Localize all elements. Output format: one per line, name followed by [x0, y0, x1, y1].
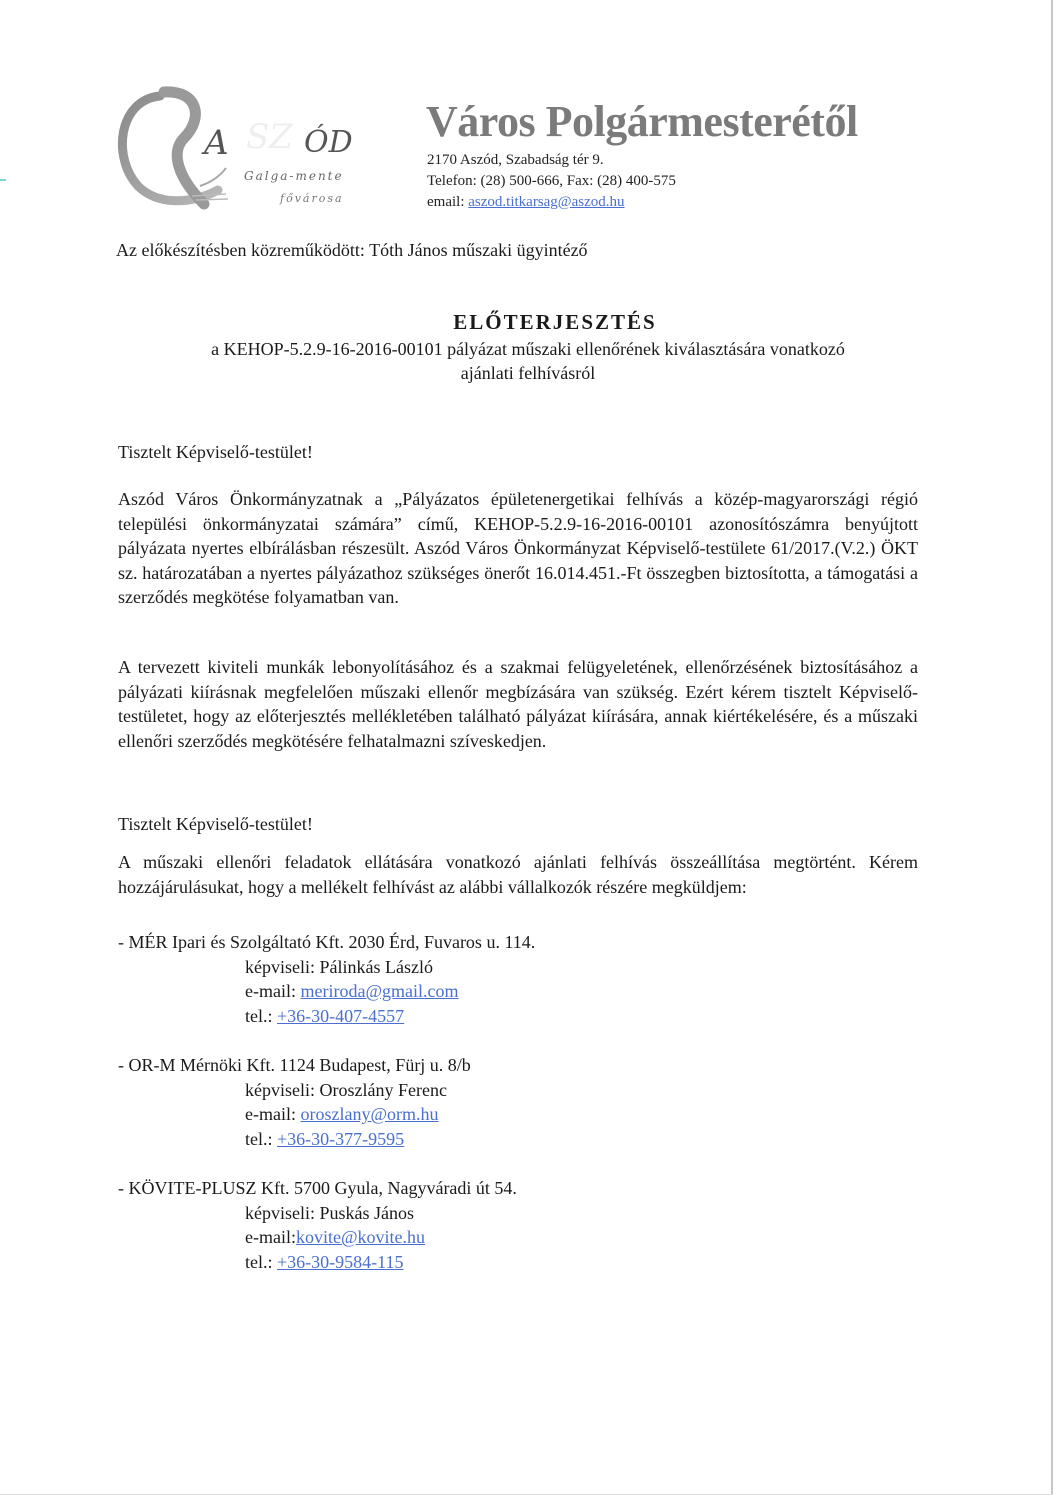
paragraph-3: A műszaki ellenőri feladatok ellátására … — [118, 850, 918, 899]
vendor-email-line: e-mail:kovite@kovite.hu — [118, 1225, 517, 1250]
vendor-phone-label: tel.: — [245, 1006, 277, 1026]
vendor-representative: képviseli: Puskás János — [118, 1201, 517, 1226]
prepared-by: Az előkészítésben közreműködött: Tóth Já… — [116, 240, 588, 261]
letterhead-email-line: email: aszod.titkarsag@aszod.hu — [427, 194, 625, 211]
letterhead-email-label: email: — [427, 194, 468, 210]
subtitle-line-1: a KEHOP-5.2.9-16-2016-00101 pályázat műs… — [118, 337, 938, 361]
vendor-phone-label: tel.: — [245, 1129, 277, 1149]
vendor-entry: - OR-M Mérnöki Kft. 1124 Budapest, Fürj … — [118, 1053, 471, 1151]
vendor-email-label: e-mail: — [245, 981, 300, 1001]
vendor-company: - KÖVITE-PLUSZ Kft. 5700 Gyula, Nagyvára… — [118, 1176, 517, 1201]
paragraph-2: A tervezett kiviteli munkák lebonyolítás… — [118, 655, 918, 753]
vendor-phone-link[interactable]: +36-30-377-9595 — [277, 1129, 404, 1149]
letterhead-address: 2170 Aszód, Szabadság tér 9. — [427, 152, 604, 169]
document-title: ELŐTERJESZTÉS — [0, 310, 1058, 335]
vendor-representative: képviseli: Oroszlány Ferenc — [118, 1078, 471, 1103]
vendor-email-label: e-mail: — [245, 1227, 296, 1247]
svg-text:fővárosa: fővárosa — [279, 192, 344, 205]
vendor-phone-line: tel.: +36-30-407-4557 — [118, 1004, 535, 1029]
vendor-email-link[interactable]: meriroda@gmail.com — [300, 981, 458, 1001]
document-subtitle: a KEHOP-5.2.9-16-2016-00101 pályázat műs… — [118, 337, 938, 385]
svg-text:A: A — [201, 123, 229, 163]
vendor-email-link[interactable]: oroszlany@orm.hu — [300, 1104, 438, 1124]
vendor-phone-link[interactable]: +36-30-407-4557 — [277, 1006, 404, 1026]
vendor-phone-label: tel.: — [245, 1252, 277, 1272]
vendor-company: - MÉR Ipari és Szolgáltató Kft. 2030 Érd… — [118, 930, 535, 955]
svg-text:SZ: SZ — [246, 117, 294, 157]
paragraph-1: Aszód Város Önkormányzatnak a „Pályázato… — [118, 487, 918, 610]
letterhead-title: Város Polgármesterétől — [426, 96, 858, 147]
scan-margin-mark — [0, 179, 6, 181]
svg-text:Galga-mente: Galga-mente — [244, 169, 344, 183]
letterhead-phone-fax: Telefon: (28) 500-666, Fax: (28) 400-575 — [427, 173, 676, 190]
vendor-entry: - KÖVITE-PLUSZ Kft. 5700 Gyula, Nagyvára… — [118, 1176, 517, 1274]
vendor-company: - OR-M Mérnöki Kft. 1124 Budapest, Fürj … — [118, 1053, 471, 1078]
greeting-1: Tisztelt Képviselő-testület! — [118, 440, 918, 465]
vendor-representative: képviseli: Pálinkás László — [118, 955, 535, 980]
vendor-phone-line: tel.: +36-30-9584-115 — [118, 1250, 517, 1275]
svg-text:ÓD: ÓD — [304, 124, 353, 160]
vendor-email-line: e-mail: meriroda@gmail.com — [118, 979, 535, 1004]
vendor-phone-link[interactable]: +36-30-9584-115 — [277, 1252, 403, 1272]
page-edge-bottom — [0, 1494, 1053, 1495]
page-edge-right — [1051, 0, 1053, 1494]
vendor-email-label: e-mail: — [245, 1104, 300, 1124]
vendor-email-link[interactable]: kovite@kovite.hu — [296, 1227, 425, 1247]
vendor-email-line: e-mail: oroszlany@orm.hu — [118, 1102, 471, 1127]
letterhead-email-link[interactable]: aszod.titkarsag@aszod.hu — [468, 194, 624, 210]
greeting-2: Tisztelt Képviselő-testület! — [118, 812, 918, 837]
aszod-logo-icon: A SZ ÓD Galga-mente fővárosa — [108, 78, 368, 218]
subtitle-line-2: ajánlati felhívásról — [118, 361, 938, 385]
vendor-phone-line: tel.: +36-30-377-9595 — [118, 1127, 471, 1152]
vendor-entry: - MÉR Ipari és Szolgáltató Kft. 2030 Érd… — [118, 930, 535, 1028]
